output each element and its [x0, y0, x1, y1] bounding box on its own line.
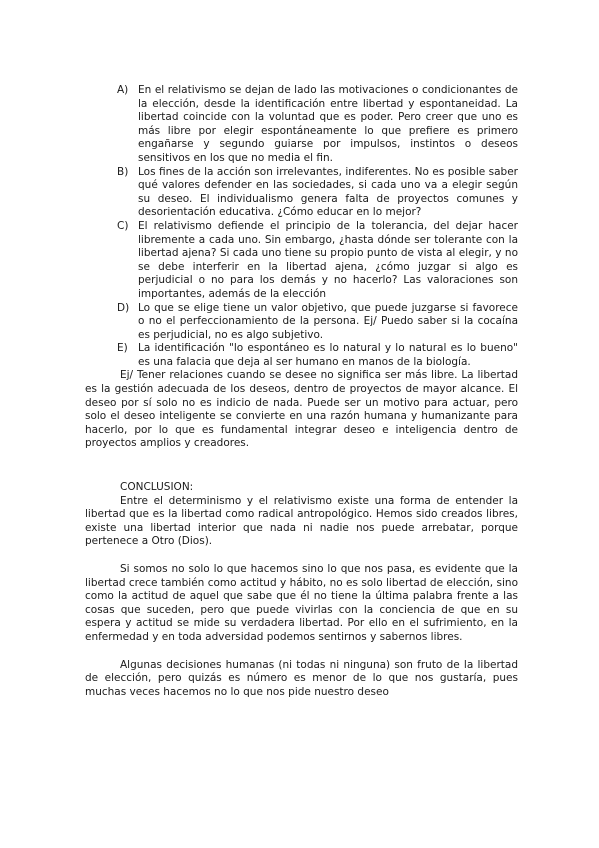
list-item-b: B) Los fines de la acción son irrelevant…	[138, 166, 518, 220]
conclusion-paragraph-3: Algunas decisiones humanas (ni todas ni …	[85, 659, 518, 700]
document-page: A) En el relativismo se dejan de lado la…	[0, 0, 599, 848]
conclusion-heading: CONCLUSION:	[85, 481, 518, 495]
list-item-text: Los fines de la acción son irrelevantes,…	[138, 166, 518, 219]
list-item-text: La identificación "lo espontáneo es lo n…	[138, 342, 518, 368]
list-item-text: Lo que se elige tiene un valor objetivo,…	[138, 302, 518, 341]
list-item-e: E) La identificación "lo espontáneo es l…	[138, 342, 518, 369]
list-item-a: A) En el relativismo se dejan de lado la…	[138, 84, 518, 166]
list-marker: A)	[117, 84, 128, 98]
list-marker: E)	[117, 342, 128, 356]
list-marker: C)	[117, 220, 128, 234]
list-item-d: D) Lo que se elige tiene un valor objeti…	[138, 302, 518, 343]
list-marker: D)	[117, 302, 129, 316]
lettered-list: A) En el relativismo se dejan de lado la…	[85, 84, 518, 369]
list-item-c: C) El relativismo defiende el principio …	[138, 220, 518, 302]
list-marker: B)	[117, 166, 128, 180]
conclusion-paragraph-2: Si somos no solo lo que hacemos sino lo …	[85, 563, 518, 645]
conclusion-paragraph-1: Entre el determinismo y el relativismo e…	[85, 495, 518, 549]
list-item-text: En el relativismo se dejan de lado las m…	[138, 84, 518, 164]
paragraph-ej: Ej/ Tener relaciones cuando se desee no …	[85, 369, 518, 451]
list-item-text: El relativismo defiende el principio de …	[138, 220, 518, 300]
